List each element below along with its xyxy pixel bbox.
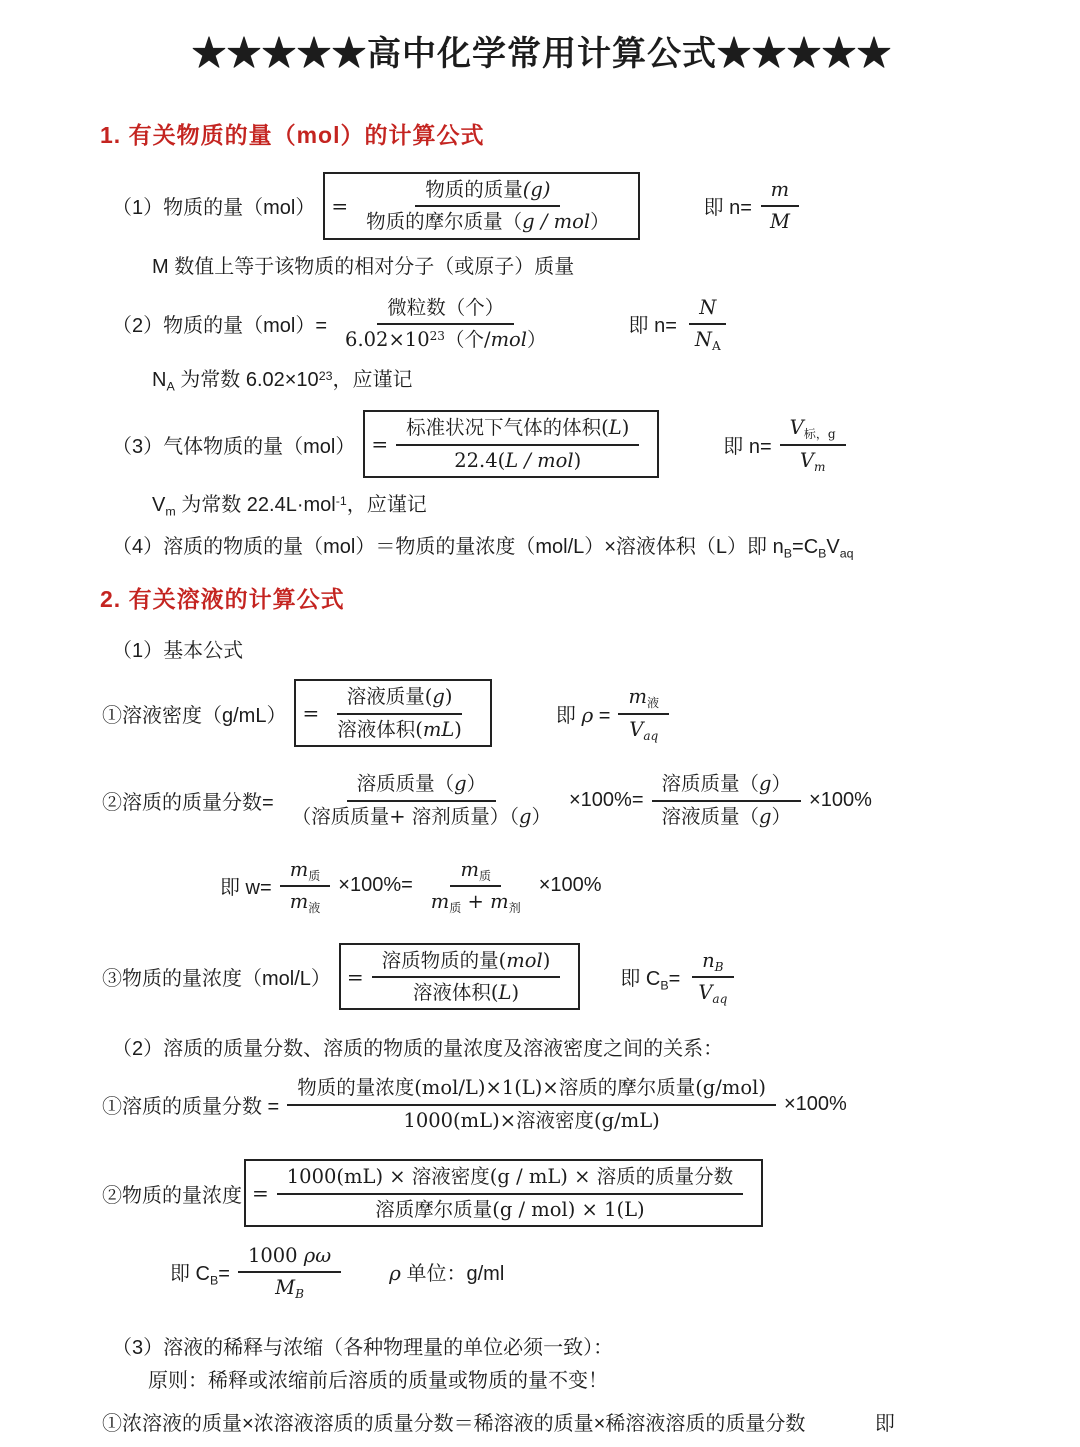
equals-sign: = <box>331 194 348 218</box>
fraction-numerator: m <box>761 177 800 207</box>
document-title: ★★★★★高中化学常用计算公式★★★★★ <box>60 26 1024 75</box>
fraction-numerator: 物质的量浓度(mol/L)×1(L)×溶质的摩尔质量(g/mol) <box>287 1075 776 1105</box>
relation-concentration-label: ②物质的量浓度 <box>102 1179 242 1208</box>
shorthand-fraction-1: m质 m液 <box>280 857 331 915</box>
rho-unit-note: ρ 单位：g/ml <box>389 1257 504 1286</box>
fraction-denominator: 溶液体积(L) <box>403 978 529 1005</box>
formula-2-shorthand: 即 n= N NA <box>629 295 739 353</box>
shorthand-fraction: V标，g Vm <box>780 415 846 473</box>
fraction-denominator: 1000(mL)×溶液密度(g/mL) <box>393 1106 669 1133</box>
fraction-numerator: N <box>689 295 726 325</box>
shorthand-prefix: 即 ρ = <box>556 699 611 728</box>
times-100: ×100% <box>784 1093 847 1116</box>
document-page: ★★★★★高中化学常用计算公式★★★★★ 1. 有关物质的量（mol）的计算公式… <box>0 0 1080 1436</box>
formula-3-shorthand: 即 n= V标，g Vm <box>723 415 853 473</box>
fraction-numerator: 溶质质量（g） <box>347 771 497 801</box>
formula-3-box: = 标准状况下气体的体积(L) 22.4(L / mol) <box>363 410 659 478</box>
mass-fraction-row: ②溶质的质量分数= 溶质质量（g） （溶质质量+ 溶剂质量）（g） ×100%=… <box>100 771 1024 829</box>
shorthand-prefix: 即 n= <box>723 430 771 459</box>
mass-fraction-fraction-2: 溶质质量（g） 溶液质量（g） <box>652 771 802 829</box>
mass-fraction-shorthand-row: 即 w= m质 m液 ×100%= m质 m质 + m剂 ×100% <box>100 857 1024 915</box>
dilution-formula-line: ①浓溶液的质量×浓溶液溶质的质量分数＝稀溶液的质量×稀溶液溶质的质量分数 即 <box>100 1407 1024 1436</box>
times-100-equals: ×100%= <box>569 789 644 812</box>
times-100: ×100% <box>539 874 602 897</box>
fraction-numerator: 微粒数（个） <box>377 295 514 325</box>
molar-concentration-label: ③物质的量浓度（mol/L） <box>102 962 331 991</box>
fraction-denominator: Vm <box>790 446 836 473</box>
fraction-numerator: m质 <box>450 857 501 887</box>
solution-density-row: ①溶液密度（g/mL） = 溶液质量(g) 溶液体积(mL) 即 ρ = m液 … <box>100 679 1024 747</box>
relation-mass-fraction-label: ①溶质的质量分数 = <box>102 1090 279 1119</box>
dilution-principle-line: 原则：稀释或浓缩前后溶质的质量或物质的量不变！ <box>100 1364 1024 1393</box>
fraction-denominator: NA <box>685 325 731 352</box>
shorthand-prefix: 即 n= <box>704 191 752 220</box>
fraction-numerator: 溶液质量(g) <box>337 684 463 714</box>
molar-concentration-box: = 溶质物质的量(mol) 溶液体积(L) <box>339 943 580 1011</box>
fraction-denominator: m液 <box>280 887 331 914</box>
shorthand-prefix: 即 w= <box>220 871 272 900</box>
relation-concentration-shorthand-row: 即 CB= 1000 ρω MB ρ 单位：g/ml <box>100 1243 1024 1301</box>
equals-sign: = <box>347 965 364 989</box>
shorthand-prefix: 即 CB= <box>170 1257 230 1287</box>
formula-4-line: （4）溶质的物质的量（mol）＝物质的量浓度（mol/L）×溶液体积（L）即 n… <box>100 530 1024 560</box>
fraction-denominator: M <box>760 207 800 234</box>
fraction-numerator: m液 <box>618 684 669 714</box>
fraction-numerator: 溶质质量（g） <box>652 771 802 801</box>
solution-density-label: ①溶液密度（g/mL） <box>102 699 286 728</box>
shorthand-prefix: 即 CB= <box>620 962 680 992</box>
fraction-denominator: （溶质质量+ 溶剂质量）（g） <box>282 802 561 829</box>
formula-2-fraction: 微粒数（个） 6.02×1023（个/mol） <box>335 295 557 353</box>
mass-fraction-label: ②溶质的质量分数= <box>102 786 274 815</box>
molar-concentration-shorthand: 即 CB= nB Vaq <box>620 948 745 1006</box>
formula-1-shorthand: 即 n= m M <box>704 177 808 235</box>
shorthand-fraction: m液 Vaq <box>618 684 669 742</box>
shorthand-fraction-2: m质 m质 + m剂 <box>421 857 531 915</box>
shorthand-fraction: nB Vaq <box>688 948 737 1006</box>
section-1-heading: 1. 有关物质的量（mol）的计算公式 <box>100 117 1024 150</box>
fraction-denominator: 6.02×1023（个/mol） <box>335 325 557 352</box>
dilution-formula-tail: 即 <box>875 1413 895 1435</box>
solution-density-shorthand: 即 ρ = m液 Vaq <box>556 684 677 742</box>
relation-mass-fraction-row: ①溶质的质量分数 = 物质的量浓度(mol/L)×1(L)×溶质的摩尔质量(g/… <box>100 1075 1024 1133</box>
formula-3-fraction: 标准状况下气体的体积(L) 22.4(L / mol) <box>396 415 639 473</box>
equals-sign: = <box>302 701 319 725</box>
fraction-numerator: V标，g <box>780 415 846 445</box>
formula-1-fraction: 物质的质量(g) 物质的摩尔质量（g / mol） <box>356 177 619 235</box>
relation-concentration-fraction: 1000(mL) × 溶液密度(g / mL) × 溶质的质量分数 溶质摩尔质量… <box>277 1164 743 1222</box>
dilution-heading-line: （3）溶液的稀释与浓缩（各种物理量的单位必须一致）： <box>100 1331 1024 1360</box>
fraction-denominator: 溶液质量（g） <box>652 802 802 829</box>
shorthand-fraction: 1000 ρω MB <box>238 1243 341 1301</box>
fraction-numerator: 物质的质量(g) <box>415 177 560 207</box>
molar-concentration-row: ③物质的量浓度（mol/L） = 溶质物质的量(mol) 溶液体积(L) 即 C… <box>100 943 1024 1011</box>
solution-density-box: = 溶液质量(g) 溶液体积(mL) <box>294 679 491 747</box>
fraction-denominator: Vaq <box>619 715 668 742</box>
shorthand-fraction: N NA <box>685 295 731 353</box>
relation-mass-fraction-fraction: 物质的量浓度(mol/L)×1(L)×溶质的摩尔质量(g/mol) 1000(m… <box>287 1075 776 1133</box>
shorthand-fraction: m M <box>760 177 800 235</box>
fraction-denominator: 22.4(L / mol) <box>444 446 591 473</box>
fraction-denominator: 溶液体积(mL) <box>327 715 472 742</box>
molar-concentration-fraction: 溶质物质的量(mol) 溶液体积(L) <box>372 948 561 1006</box>
relation-concentration-box: = 1000(mL) × 溶液密度(g / mL) × 溶质的质量分数 溶质摩尔… <box>244 1159 763 1227</box>
times-100-equals: ×100%= <box>338 874 413 897</box>
formula-2-note: NA 为常数 6.02×1023，应谨记 <box>100 363 1024 393</box>
formula-1-label: （1）物质的量（mol） <box>112 191 315 220</box>
dilution-formula-text: ①浓溶液的质量×浓溶液溶质的质量分数＝稀溶液的质量×稀溶液溶质的质量分数 <box>102 1413 805 1435</box>
formula-3-label: （3）气体物质的量（mol） <box>112 430 355 459</box>
fraction-denominator: 溶质摩尔质量(g / mol) × 1(L) <box>365 1195 654 1222</box>
fraction-numerator: nB <box>692 948 733 978</box>
equals-sign: = <box>252 1181 269 1205</box>
fraction-denominator: MB <box>265 1273 314 1300</box>
fraction-denominator: m质 + m剂 <box>421 887 531 914</box>
fraction-numerator: 1000 ρω <box>238 1243 341 1273</box>
fraction-denominator: Vaq <box>688 978 737 1005</box>
fraction-numerator: m质 <box>280 857 331 887</box>
formula-3-note: Vm 为常数 22.4L·mol-1，应谨记 <box>100 488 1024 518</box>
equals-sign: = <box>371 432 388 456</box>
times-100: ×100% <box>809 789 872 812</box>
fraction-denominator: 物质的摩尔质量（g / mol） <box>356 207 619 234</box>
fraction-numerator: 1000(mL) × 溶液密度(g / mL) × 溶质的质量分数 <box>277 1164 743 1194</box>
section-2-heading: 2. 有关溶液的计算公式 <box>100 581 1024 614</box>
fraction-numerator: 标准状况下气体的体积(L) <box>396 415 639 445</box>
relation-concentration-row: ②物质的量浓度 = 1000(mL) × 溶液密度(g / mL) × 溶质的质… <box>100 1159 1024 1227</box>
subsection-relation-label: （2）溶质的质量分数、溶质的物质的量浓度及溶液密度之间的关系： <box>100 1032 1024 1061</box>
fraction-numerator: 溶质物质的量(mol) <box>372 948 561 978</box>
mass-fraction-fraction-1: 溶质质量（g） （溶质质量+ 溶剂质量）（g） <box>282 771 561 829</box>
formula-3-row: （3）气体物质的量（mol） = 标准状况下气体的体积(L) 22.4(L / … <box>100 410 1024 478</box>
formula-1-row: （1）物质的量（mol） = 物质的质量(g) 物质的摩尔质量（g / mol）… <box>100 172 1024 240</box>
formula-2-label: （2）物质的量（mol）= <box>112 309 327 338</box>
shorthand-prefix: 即 n= <box>629 309 677 338</box>
formula-1-box: = 物质的质量(g) 物质的摩尔质量（g / mol） <box>323 172 639 240</box>
formula-2-row: （2）物质的量（mol）= 微粒数（个） 6.02×1023（个/mol） 即 … <box>100 295 1024 353</box>
solution-density-fraction: 溶液质量(g) 溶液体积(mL) <box>327 684 472 742</box>
subsection-basic-label: （1）基本公式 <box>100 634 1024 663</box>
formula-1-note: M 数值上等于该物质的相对分子（或原子）质量 <box>100 250 1024 279</box>
